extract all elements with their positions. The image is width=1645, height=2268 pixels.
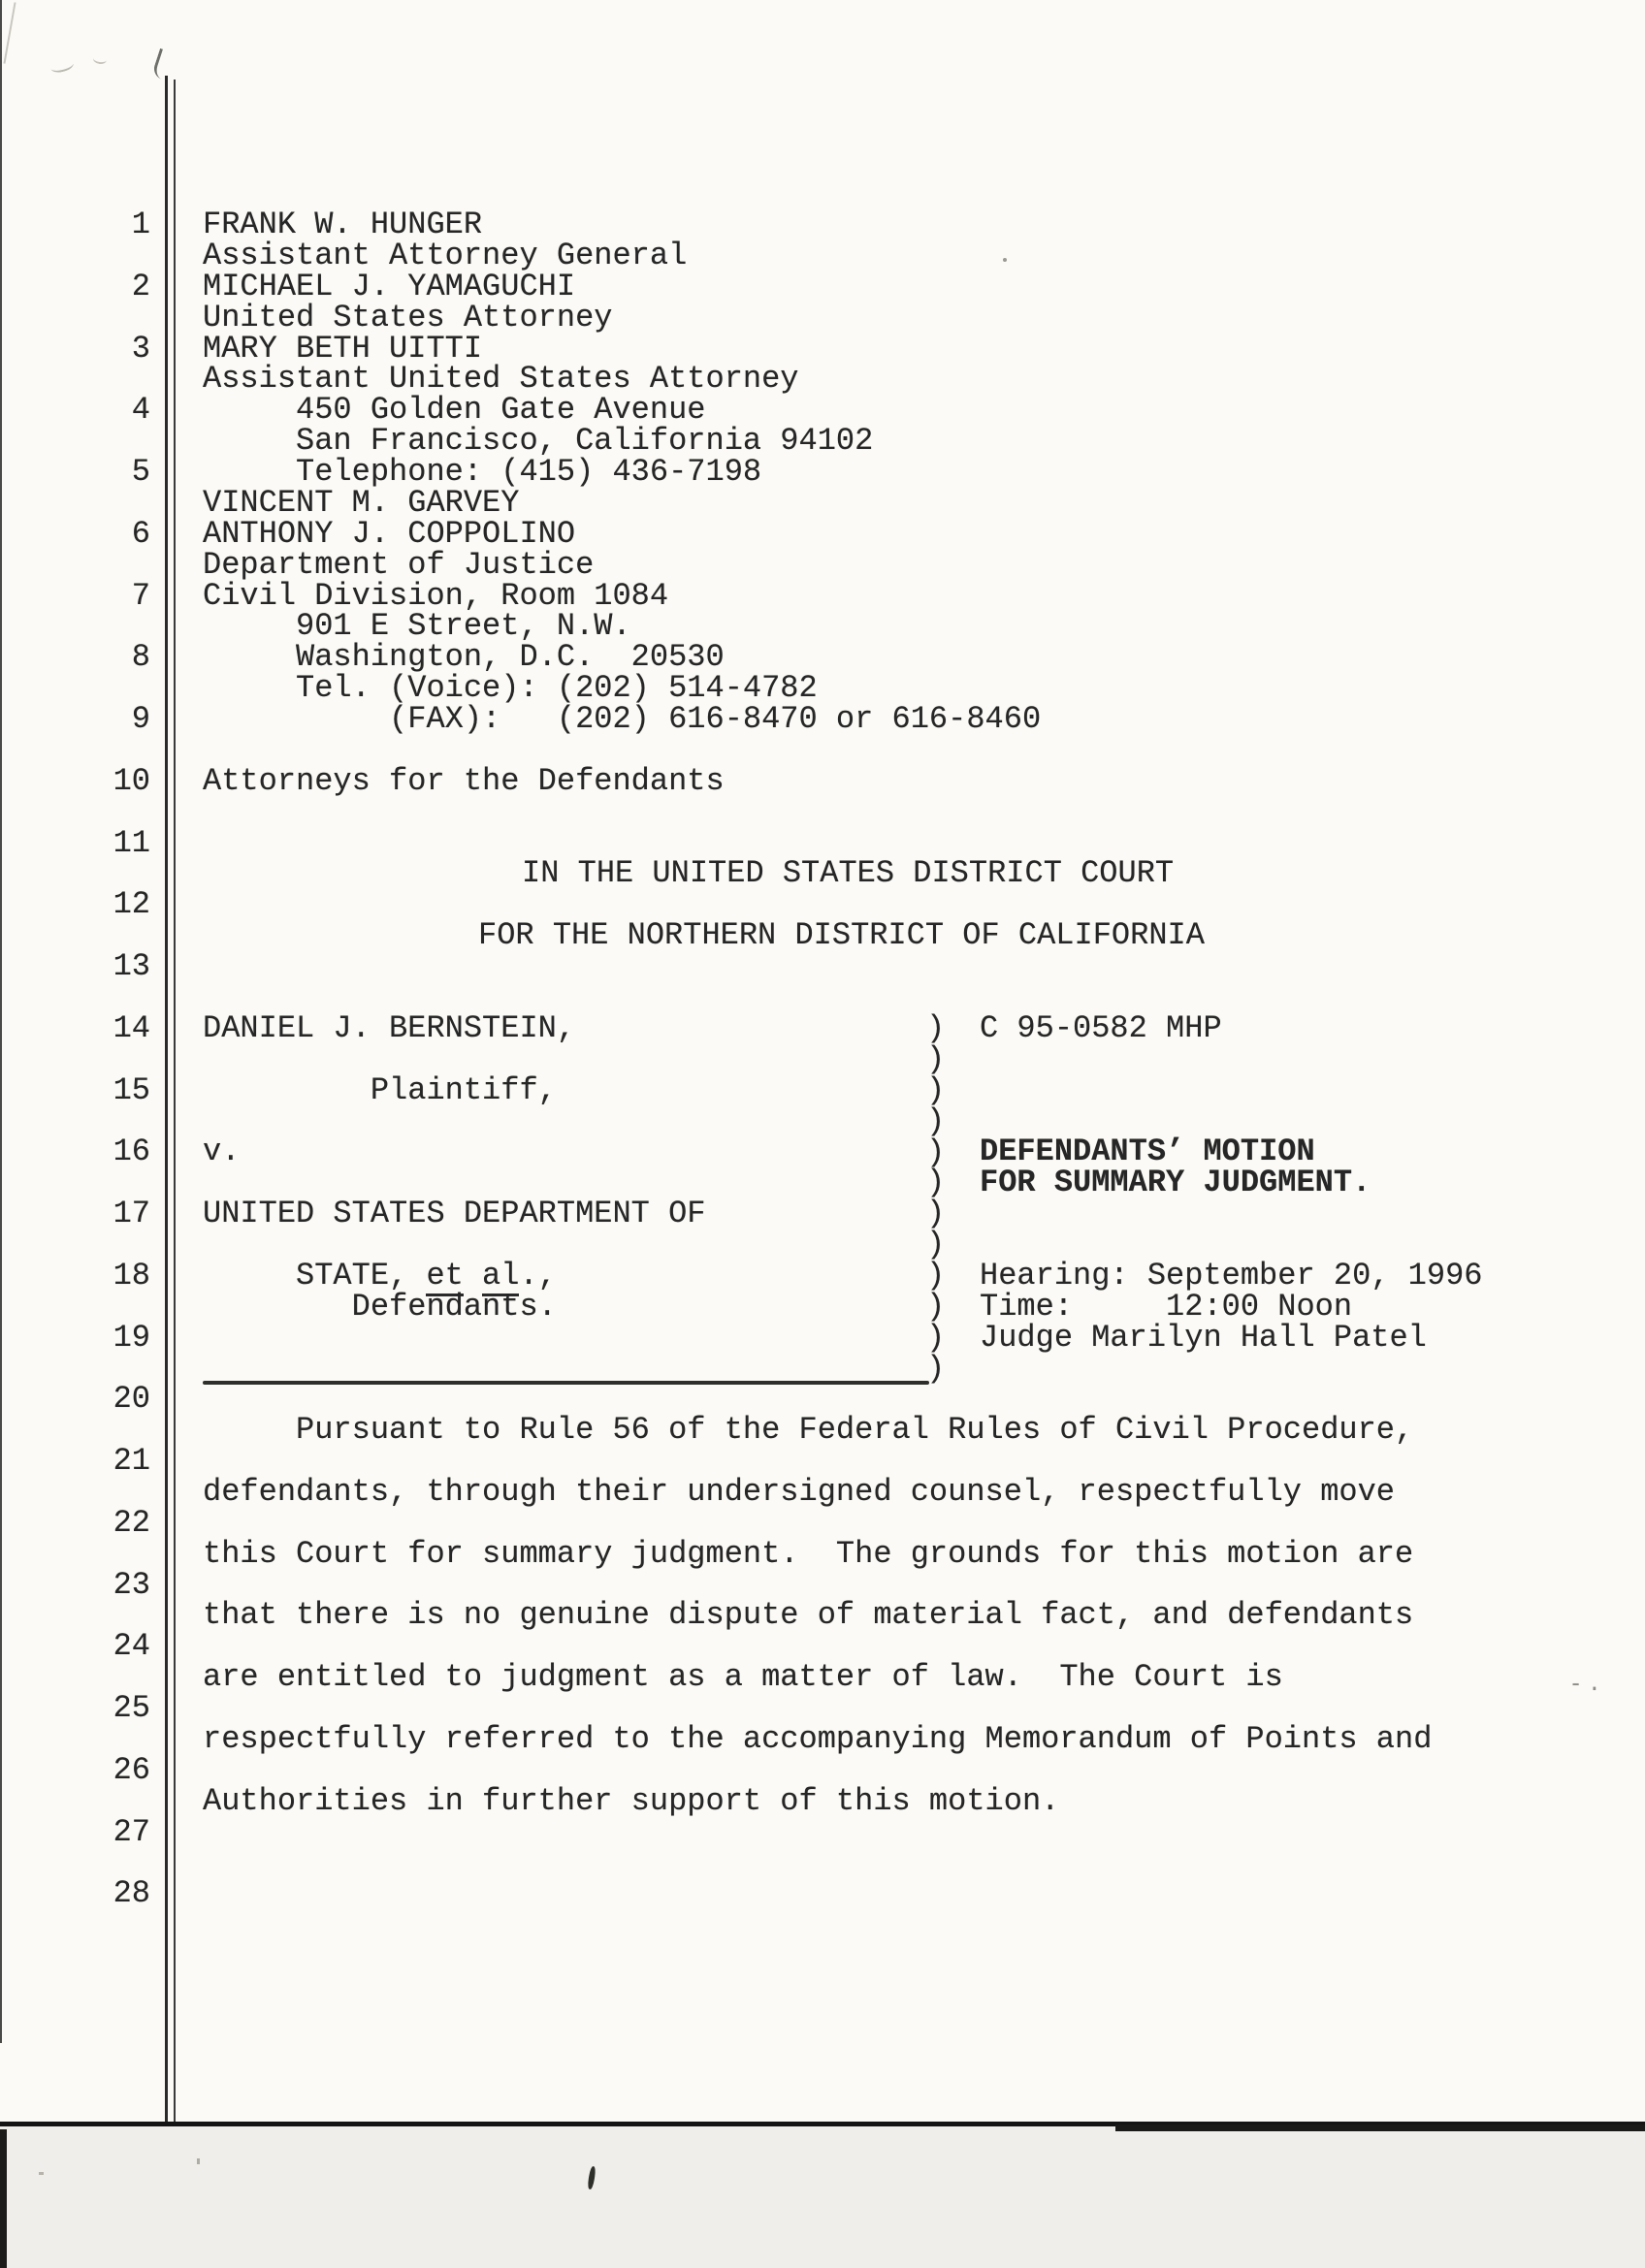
body-text-line: Pursuant to Rule 56 of the Federal Rules… (203, 1415, 1413, 1446)
attorney-line: (FAX): (202) 616-8470 or 616-8460 (203, 704, 1041, 735)
attorney-line: VINCENT M. GARVEY (203, 488, 519, 519)
line-number: 7 (0, 581, 150, 612)
attorney-line: San Francisco, California 94102 (203, 426, 873, 457)
margin-pencil-mark: -. (1569, 1670, 1606, 1701)
line-number: 9 (0, 704, 150, 735)
caption-paren: ) (926, 1044, 945, 1075)
body-text-line: respectfully referred to the accompanyin… (203, 1724, 1432, 1755)
attorney-line: Assistant Attorney General (203, 240, 687, 272)
line-number: 28 (0, 1878, 150, 1909)
hearing-time: Time: 12:00 Noon (980, 1292, 1352, 1323)
caption-paren: ) (926, 1013, 945, 1044)
plaintiff-name: DANIEL J. BERNSTEIN, (203, 1013, 575, 1044)
motion-title-line2: FOR SUMMARY JUDGMENT. (980, 1167, 1371, 1198)
body-text-line: Authorities in further support of this m… (203, 1786, 1059, 1817)
caption-paren: ) (926, 1167, 945, 1198)
caption-paren: ) (926, 1198, 945, 1230)
court-heading-line1: IN THE UNITED STATES DISTRICT COURT (522, 858, 1174, 889)
caption-paren: ) (926, 1292, 945, 1323)
caption-paren: ) (926, 1323, 945, 1354)
court-heading-line2: FOR THE NORTHERN DISTRICT OF CALIFORNIA (478, 920, 1205, 951)
defendants-label: Defendants. (203, 1292, 557, 1323)
attorney-line: ANTHONY J. COPPOLINO (203, 519, 575, 550)
attorneys-for-line: Attorneys for the Defendants (203, 766, 725, 797)
line-number: 19 (0, 1323, 150, 1354)
caption-paren: ) (926, 1137, 945, 1168)
versus-label: v. (203, 1136, 240, 1167)
hearing-date: Hearing: September 20, 1996 (980, 1261, 1482, 1292)
line-number: 2 (0, 272, 150, 303)
line-number: 25 (0, 1693, 150, 1724)
plaintiff-label: Plaintiff, (203, 1075, 557, 1106)
line-number: 18 (0, 1261, 150, 1292)
line-number: 21 (0, 1446, 150, 1477)
defendant-name-line1: UNITED STATES DEPARTMENT OF (203, 1198, 705, 1230)
body-text-line: this Court for summary judgment. The gro… (203, 1539, 1413, 1570)
judge-name: Judge Marilyn Hall Patel (980, 1323, 1427, 1354)
scanner-background (0, 2126, 1645, 2268)
attorney-line: MICHAEL J. YAMAGUCHI (203, 272, 575, 303)
line-number: 6 (0, 519, 150, 550)
body-text-line: that there is no genuine dispute of mate… (203, 1600, 1413, 1631)
line-number: 13 (0, 951, 150, 982)
line-number: 11 (0, 828, 150, 859)
line-number: 4 (0, 395, 150, 426)
body-text-line: are entitled to judgment as a matter of … (203, 1662, 1283, 1693)
line-number: 26 (0, 1755, 150, 1786)
attorney-line: MARY BETH UITTI (203, 334, 482, 365)
line-number-column: 1234567891011121314151617181920212223242… (0, 0, 150, 2133)
attorney-line: Department of Justice (203, 550, 594, 581)
caption-paren: ) (926, 1354, 945, 1385)
line-number: 15 (0, 1075, 150, 1106)
line-number: 16 (0, 1136, 150, 1167)
attorney-line: Tel. (Voice): (202) 514-4782 (203, 673, 818, 704)
page-edge-shadow (0, 2129, 7, 2268)
caption-paren: ) (926, 1230, 945, 1261)
line-number: 24 (0, 1631, 150, 1662)
page-bottom-edge-thick (1115, 2124, 1645, 2131)
caption-underline-rule (203, 1381, 929, 1385)
attorney-line: Telephone: (415) 436-7198 (203, 457, 761, 488)
line-number: 10 (0, 766, 150, 797)
line-number: 12 (0, 889, 150, 920)
line-number: 17 (0, 1198, 150, 1230)
scan-speck (39, 2172, 44, 2175)
line-number: 22 (0, 1508, 150, 1539)
line-number: 5 (0, 457, 150, 488)
caption-paren: ) (926, 1106, 945, 1137)
attorney-line: Civil Division, Room 1084 (203, 581, 668, 612)
left-double-rule-inner (174, 80, 176, 2125)
attorney-line: FRANK W. HUNGER (203, 209, 482, 240)
line-number: 20 (0, 1384, 150, 1415)
left-double-rule-outer (165, 76, 168, 2125)
motion-title-line1: DEFENDANTS’ MOTION (980, 1136, 1315, 1167)
line-number: 8 (0, 642, 150, 673)
line-number: 27 (0, 1817, 150, 1848)
line-number: 14 (0, 1013, 150, 1044)
attorney-line: United States Attorney (203, 303, 612, 334)
attorney-line: Washington, D.C. 20530 (203, 642, 725, 673)
attorney-line: 901 E Street, N.W. (203, 611, 631, 642)
scan-speck (197, 2158, 200, 2164)
attorney-line: Assistant United States Attorney (203, 364, 799, 395)
caption-paren: ) (926, 1261, 945, 1292)
caption-paren: ) (926, 1075, 945, 1106)
line-number: 1 (0, 209, 150, 240)
line-number: 23 (0, 1570, 150, 1601)
case-number: C 95-0582 MHP (980, 1013, 1222, 1044)
attorney-line: 450 Golden Gate Avenue (203, 395, 705, 426)
line-number: 3 (0, 334, 150, 365)
body-text-line: defendants, through their undersigned co… (203, 1477, 1395, 1508)
scan-speck (1003, 258, 1007, 262)
scanned-legal-document-page: 1234567891011121314151617181920212223242… (0, 0, 1645, 2268)
